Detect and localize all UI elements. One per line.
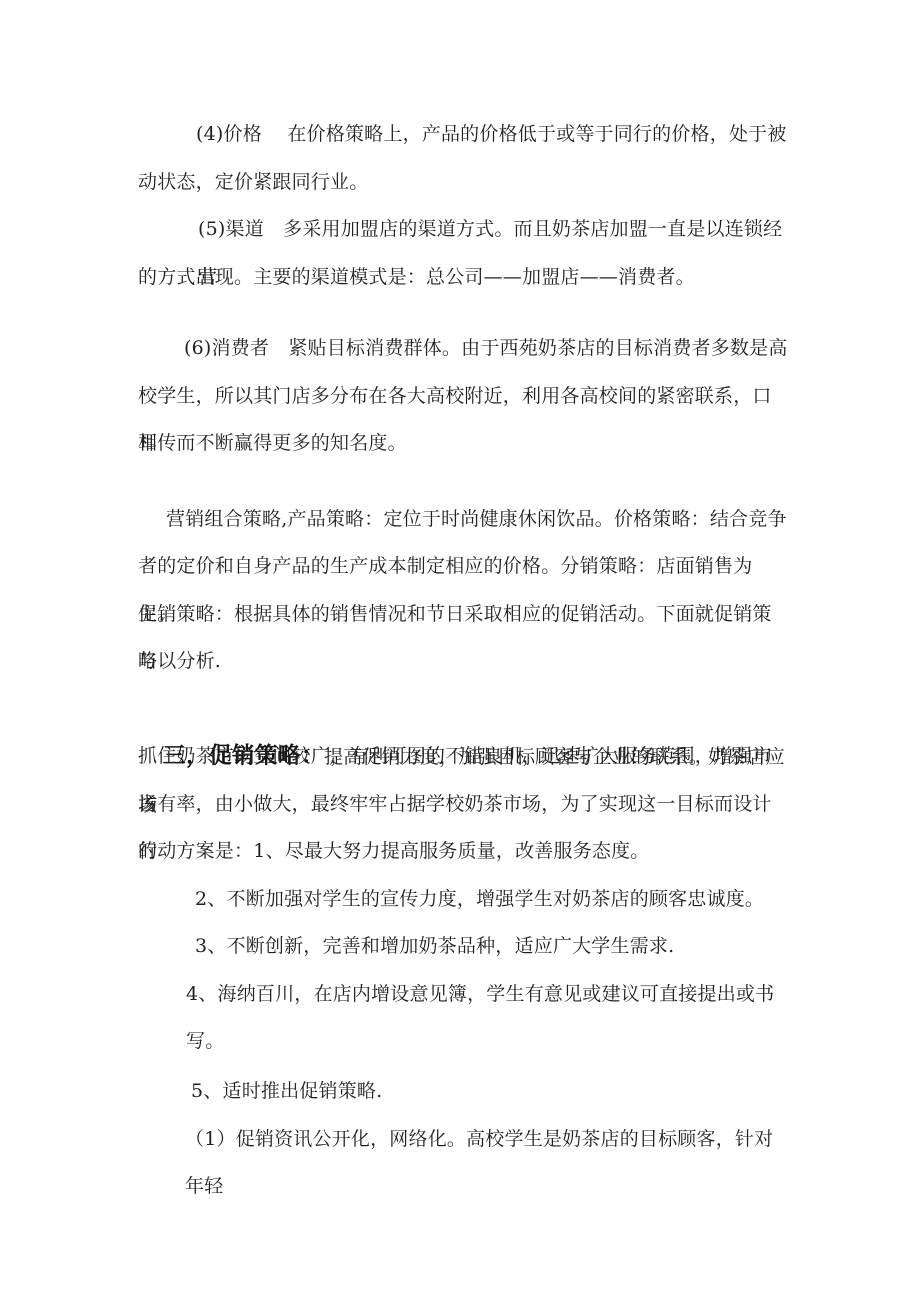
document-page: (4)价格 在价格策略上，产品的价格低于或等于同行的价格，处于被 动状态，定价紧… [0,0,920,1302]
doc-line: 5、适时推出促销策略. [138,1068,790,1116]
doc-line: 占有率，由小做大，最终牢牢占据学校奶茶市场，为了实现这一目标而设计的 [138,781,790,829]
doc-line: (6)消费者 紧贴目标消费群体。由于西苑奶茶店的目标消费者多数是高 [138,325,790,373]
doc-line: 促销策略：根据具体的销售情况和节日采取相应的促销活动。下面就促销策略 [138,591,790,639]
doc-line: (5)渠道 多采用加盟店的渠道方式。而且奶茶店加盟一直是以连锁经营 [138,206,790,254]
doc-line: 4、海纳百川，在店内增设意见簿，学生有意见或建议可直接提出或书写。 [138,971,790,1019]
doc-line: 与以分析. [138,638,790,686]
doc-line: 相传而不断赢得更多的知名度。 [138,420,790,468]
doc-line: 的方式出现。主要的渠道模式是：总公司——加盟店——消费者。 [138,254,790,302]
doc-line: 动状态，定价紧跟同行业。 [138,159,790,207]
doc-line: (4)价格 在价格策略上，产品的价格低于或等于同行的价格，处于被 [138,111,790,159]
doc-line: 抓住奶茶市场空间较广，有利可图的不错良机，迅速扩大服务范围，增强市场 [138,733,790,781]
doc-line: 3、不断创新，完善和增加奶茶品种，适应广大学生需求. [138,923,790,971]
doc-line-heading: 三，促销策略：提高促销力度，加强目标顾客与企业的联系。奶茶店应该 [138,686,790,734]
doc-line: 者的定价和自身产品的生产成本制定相应的价格。分销策略：店面销售为主。 [138,543,790,591]
doc-line: 营销组合策略,产品策略：定位于时尚健康休闲饮品。价格策略：结合竞争 [138,496,790,544]
doc-line: 校学生，所以其门店多分布在各大高校附近，利用各高校间的紧密联系，口耳 [138,373,790,421]
doc-line: （1）促销资讯公开化，网络化。高校学生是奶茶店的目标顾客，针对年轻 [138,1116,790,1164]
doc-line: 行动方案是：1、尽最大努力提高服务质量，改善服务态度。 [138,828,790,876]
doc-line: 2、不断加强对学生的宣传力度，增强学生对奶茶店的顾客忠诚度。 [138,876,790,924]
